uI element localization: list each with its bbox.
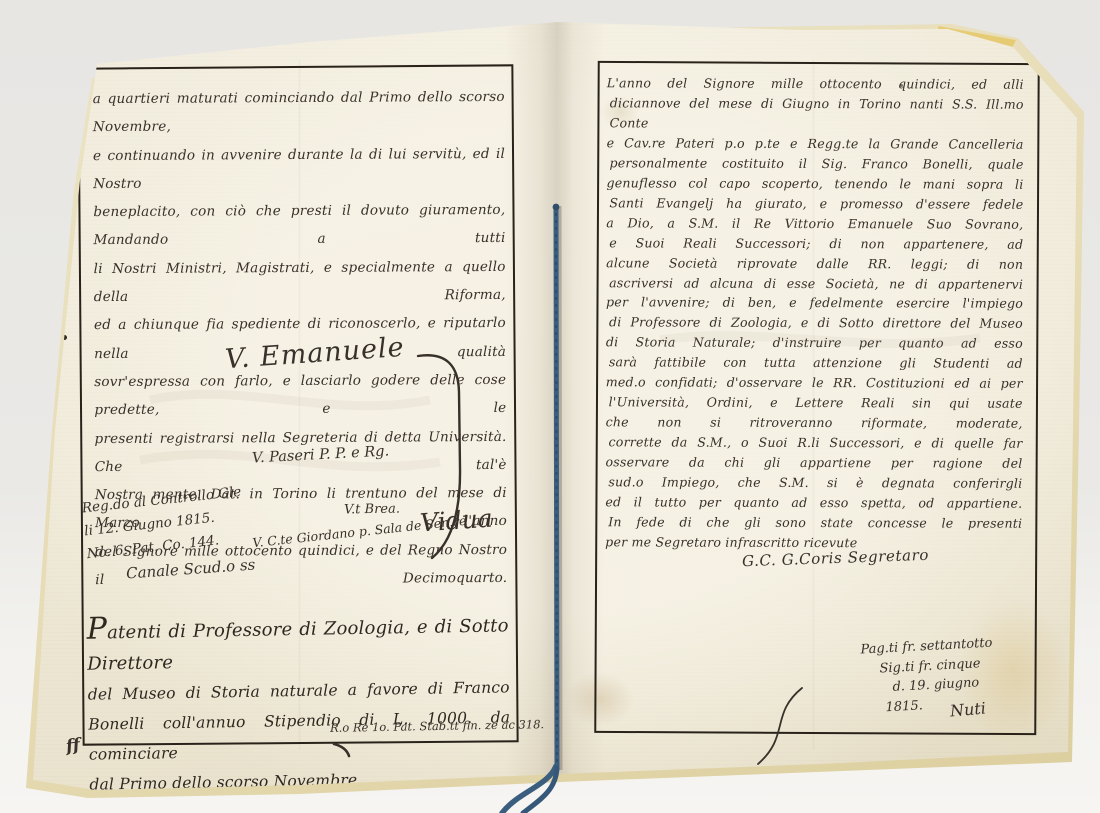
docket-line: Bonelli coll'annuo Stipendio di L. 1000.… xyxy=(88,702,511,769)
manuscript-line: a Dio, a S.M. il Re Vittorio Emanuele Su… xyxy=(606,213,1023,234)
manuscript-line: e Cav.re Pateri p.o p.te e Regg.te la Gr… xyxy=(607,133,1024,154)
fees-signature: Nuti xyxy=(949,698,986,720)
manuscript-line: ed il tutto per quanto ad esso spetta, o… xyxy=(605,492,1022,513)
vidua-signature: Vidua xyxy=(419,504,493,538)
center-fold xyxy=(505,20,605,778)
manuscript-line: Santi Evangelj ha giurato, e promesso d'… xyxy=(609,193,1023,214)
corner-mark: ff xyxy=(65,735,82,757)
manuscript-line: sarà fattibile con tutta attenzione gli … xyxy=(609,353,1023,374)
right-page-text: L'anno del Signore mille ottocento quind… xyxy=(605,73,1024,553)
docket-line: Patenti di Professore di Zoologia, e di … xyxy=(86,606,509,679)
manuscript-line: genuflesso col capo scoperto, tenendo le… xyxy=(606,173,1023,194)
parchment-sheet: a quartieri maturati cominciando dal Pri… xyxy=(0,0,1100,813)
manuscript-line: sud.o Impiego, che S.M. si è degnata con… xyxy=(608,472,1022,493)
manuscript-line: personalmente costituito il Sig. Franco … xyxy=(609,153,1023,174)
manuscript-line: di Storia Naturale; d'instruire per quan… xyxy=(606,333,1023,354)
manuscript-photo: a quartieri maturati cominciando dal Pri… xyxy=(0,0,1100,813)
manuscript-line: per l'avvenire; di ben, e fedelmente ese… xyxy=(606,293,1023,314)
manuscript-line: L'anno del Signore mille ottocento quind… xyxy=(607,73,1024,94)
manuscript-line: di Professore di Zoologia, e di Sotto di… xyxy=(609,313,1023,334)
docket-summary: Patenti di Professore di Zoologia, e di … xyxy=(86,606,511,799)
manuscript-line: med.o confidati; d'osservare le RR. Cost… xyxy=(606,373,1023,394)
manuscript-line: sovr'espressa con farlo, e lasciarlo god… xyxy=(94,366,506,425)
manuscript-line: e Suoi Reali Successori; di non apparten… xyxy=(609,233,1023,254)
manuscript-line: osservare da chi gli appartiene per ragi… xyxy=(605,452,1022,473)
manuscript-line: ascriversi ad alcuna di esse Società, ne… xyxy=(609,273,1023,294)
manuscript-line: che non si ritroveranno riformate, moder… xyxy=(606,412,1023,433)
manuscript-line: l'Università, Ordini, e Lettere Reali si… xyxy=(609,393,1023,414)
manuscript-line: beneplacito, con ciò che presti il dovut… xyxy=(93,196,505,255)
manuscript-line: alcune Società riprovate dalle RR. leggi… xyxy=(606,253,1023,274)
manuscript-line: e continuando in avvenire durante la di … xyxy=(93,140,505,199)
manuscript-line: In fede di che gli sono state concesse l… xyxy=(608,512,1022,533)
manuscript-line: a quartieri maturati cominciando dal Pri… xyxy=(93,83,505,142)
manuscript-line: corrette da S.M., o Suoi R.li Successori… xyxy=(609,432,1023,453)
manuscript-line: diciannove del mese di Giugno in Torino … xyxy=(610,93,1024,134)
manuscript-line: li Nostri Ministri, Magistrati, e specia… xyxy=(94,253,506,312)
visa-brea: V.t Brea. xyxy=(344,502,400,518)
